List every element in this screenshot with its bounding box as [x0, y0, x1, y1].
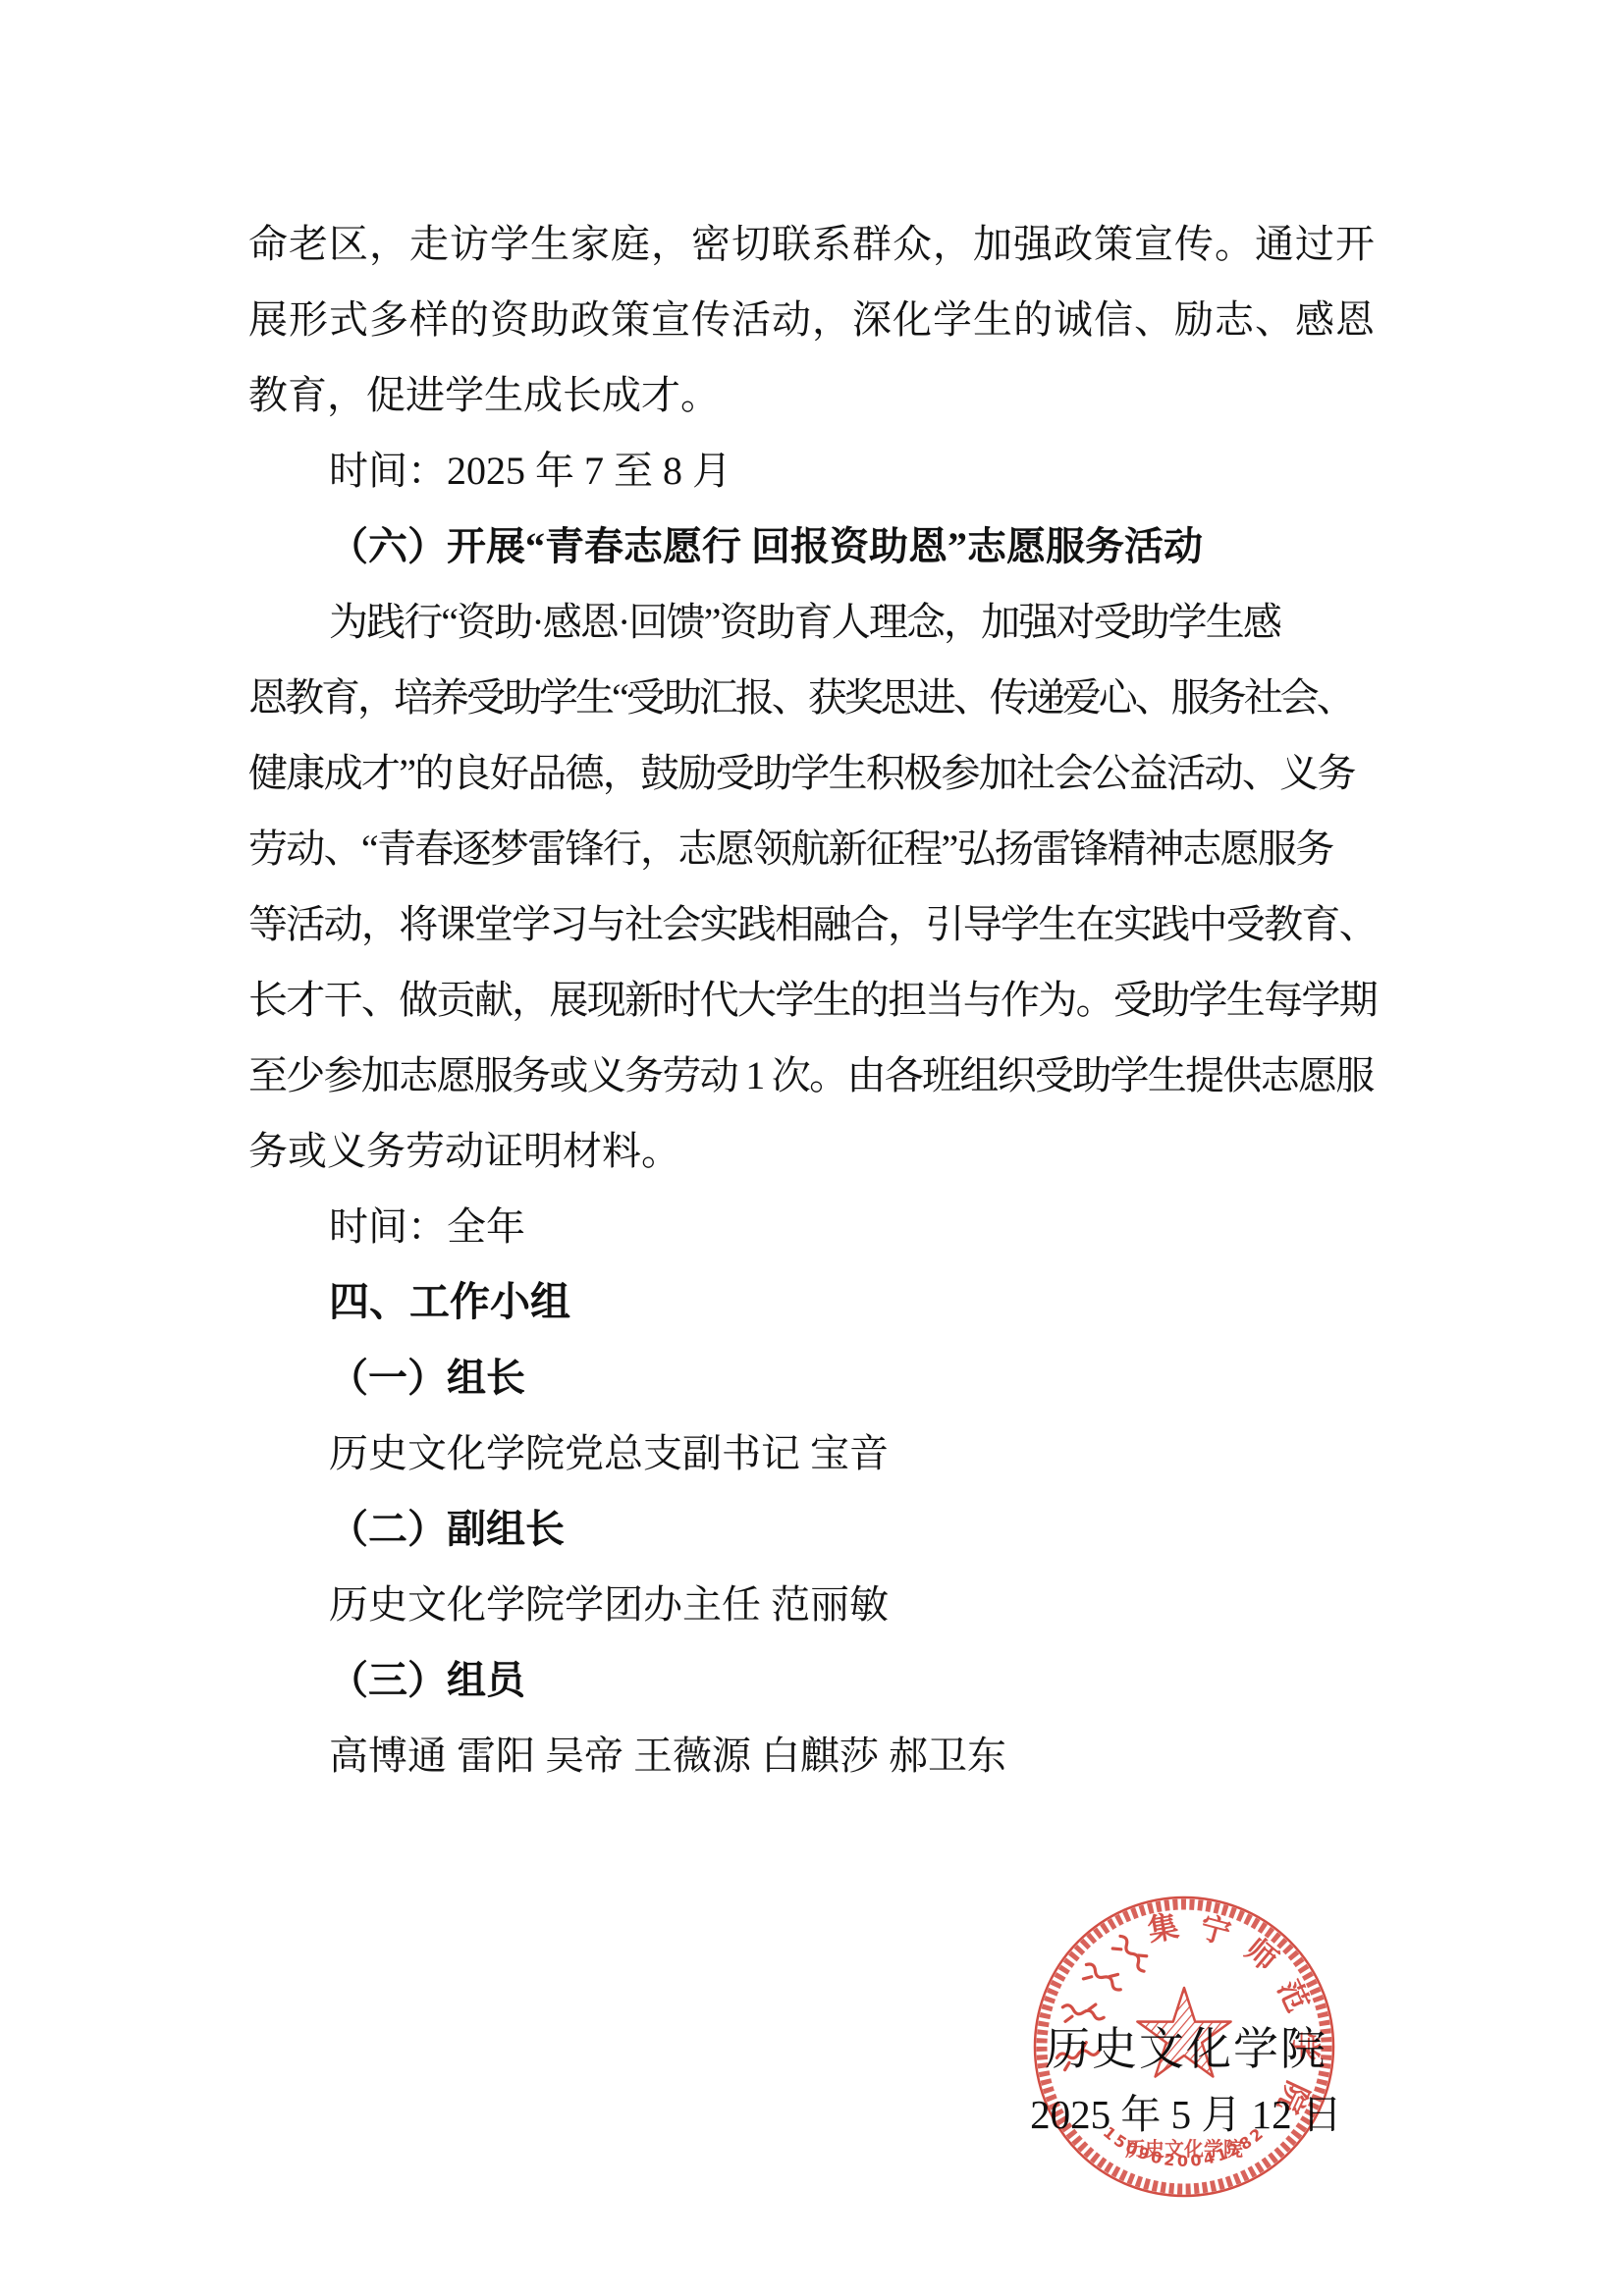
document-line: 展形式多样的资助政策宣传活动，深化学生的诚信、励志、感恩	[248, 282, 1376, 357]
mongolian-script-glyph	[1058, 1995, 1107, 2032]
document-line: 健康成才”的良好品德，鼓励受助学生积极参加社会公益活动、义务	[248, 735, 1376, 811]
subsection-heading: （二）副组长	[248, 1491, 1376, 1567]
seal-ring-char: 学	[1287, 2032, 1322, 2062]
official-seal: 集 宁 师 范 学 院 历史文化学院 1509020041282	[1017, 1880, 1351, 2214]
document-line: 务或义务劳动证明材料。	[248, 1113, 1376, 1189]
document-body: 命老区，走访学生家庭，密切联系群众，加强政策宣传。通过开 展形式多样的资助政策宣…	[248, 206, 1376, 1793]
document-line: 长才干、做贡献，展现新时代大学生的担当与作为。受助学生每学期	[248, 962, 1376, 1038]
seal-ring-char: 集	[1145, 1908, 1181, 1948]
document-line: 恩教育，培养受助学生“受助汇报、获奖思进、传递爱心、服务社会、	[248, 660, 1376, 735]
seal-ring-char: 宁	[1196, 1910, 1234, 1951]
document-line: 历史文化学院党总支副书记 宝音	[248, 1415, 1376, 1491]
document-line: 至少参加志愿服务或义务劳动 1 次。由各班组织受助学生提供志愿服	[248, 1038, 1376, 1113]
document-line: 命老区，走访学生家庭，密切联系群众，加强政策宣传。通过开	[248, 206, 1376, 282]
star-icon	[1137, 1988, 1230, 2077]
section-heading: （六）开展“青春志愿行 回报资助恩”志愿服务活动	[248, 508, 1376, 584]
chapter-heading: 四、工作小组	[248, 1264, 1376, 1340]
mongolian-script-glyph	[1078, 1954, 1127, 2002]
mongolian-script-glyph	[1056, 2042, 1100, 2071]
mongolian-script-glyph	[1110, 1930, 1153, 1979]
subsection-heading: （一）组长	[248, 1340, 1376, 1415]
document-line-time: 时间：全年	[248, 1189, 1376, 1264]
document-line: 等活动，将课堂学习与社会实践相融合，引导学生在实践中受教育、	[248, 886, 1376, 962]
document-line-time: 时间：2025 年 7 至 8 月	[248, 433, 1376, 508]
subsection-heading: （三）组员	[248, 1642, 1376, 1718]
seal-ring-char: 范	[1272, 1975, 1316, 2017]
document-line: 历史文化学院学团办主任 范丽敏	[248, 1567, 1376, 1642]
document-line: 高博通 雷阳 吴帝 王薇源 白麒莎 郝卫东	[248, 1718, 1376, 1793]
document-line: 为践行“资助·感恩·回馈”资助育人理念，加强对受助学生感	[248, 584, 1376, 660]
document-line: 劳动、“青春逐梦雷锋行，志愿领航新征程”弘扬雷锋精神志愿服务	[248, 811, 1376, 886]
document-line: 教育，促进学生成长成才。	[248, 357, 1376, 433]
document-page: 命老区，走访学生家庭，密切联系群众，加强政策宣传。通过开 展形式多样的资助政策宣…	[0, 0, 1624, 2296]
